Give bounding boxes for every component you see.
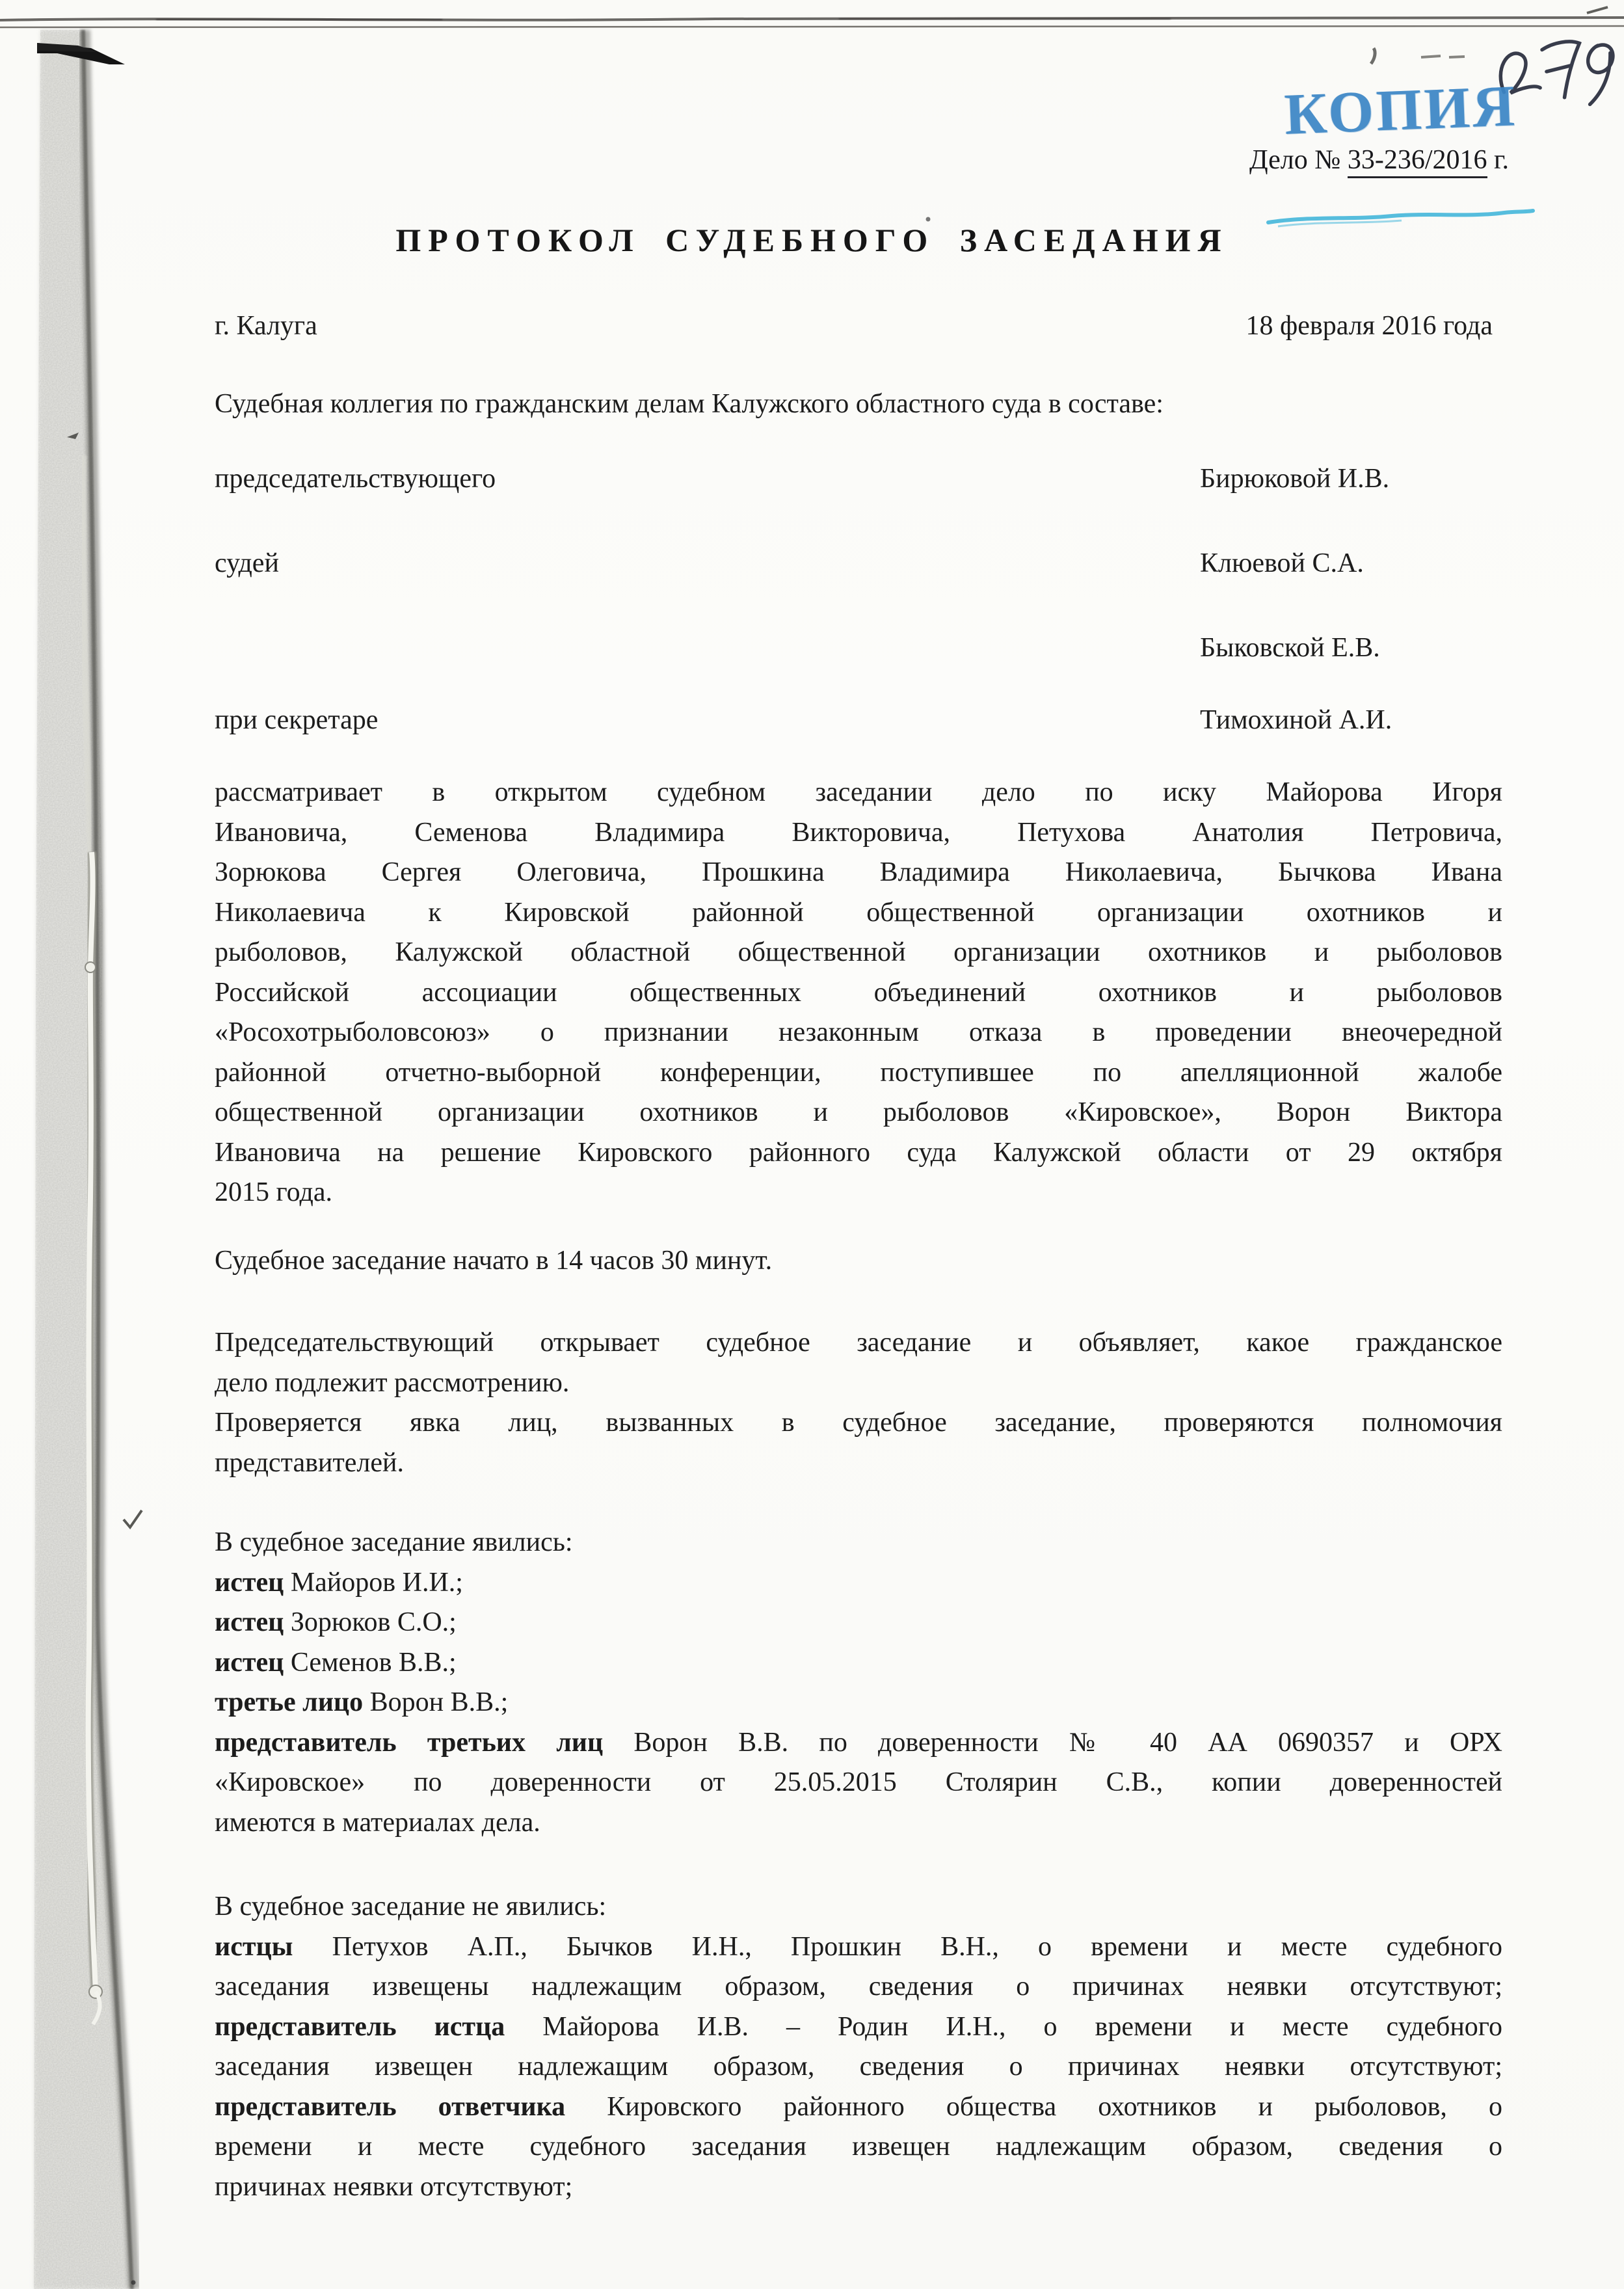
city: г. Калуга: [215, 306, 317, 347]
party-text: Петухов А.П., Бычков И.Н., Прошкин В.Н.,…: [293, 1932, 1502, 1962]
party-role: истец: [215, 1568, 284, 1598]
paragraph-line: Ивановича, Семенова Владимира Викторович…: [215, 813, 1502, 853]
paragraph-line: 2015 года.: [215, 1173, 1502, 1213]
case-number-prefix: Дело №: [1249, 145, 1348, 175]
panel-judge-name: Клюевой С.А.: [1200, 544, 1364, 584]
case-description-paragraph: рассматривает в открытом судебном заседа…: [215, 773, 1502, 1213]
paragraph-line: Ивановича на решение Кировского районног…: [215, 1133, 1502, 1173]
appeared-header: В судебное заседание явились:: [215, 1523, 1502, 1563]
party-role: представитель истца: [215, 2012, 505, 2042]
panel-role: председательствующего: [215, 464, 496, 494]
absent-item: заседания извещены надлежащим образом, с…: [215, 1967, 1502, 2007]
absent-item: истцы Петухов А.П., Бычков И.Н., Прошкин…: [215, 1927, 1502, 1968]
city-date-row: г. Калуга 18 февраля 2016 года: [215, 306, 1493, 347]
absent-item: представитель ответчика Кировского район…: [215, 2087, 1502, 2128]
binding-thread: [83, 455, 102, 2024]
document-title: ПРОТОКОЛ СУДЕБНОГО ЗАСЕДАНИЯ: [0, 221, 1624, 259]
party-role: истцы: [215, 1932, 293, 1962]
panel-judge-name: Быковской Е.В.: [1200, 628, 1380, 669]
session-date: 18 февраля 2016 года: [1246, 306, 1493, 347]
party-text: времени и месте судебного заседания изве…: [215, 2132, 1502, 2162]
paragraph-line: рассматривает в открытом судебном заседа…: [215, 773, 1502, 813]
party-role: третье лицо: [215, 1687, 363, 1717]
paragraph-line: Российской ассоциации общественных объед…: [215, 973, 1502, 1013]
party-role: истец: [215, 1607, 284, 1637]
page-top-edge-lines: [0, 7, 1624, 27]
absent-item: заседания извещен надлежащим образом, св…: [215, 2047, 1502, 2087]
case-number: 33-236/2016: [1348, 145, 1487, 178]
absent-header: В судебное заседание не явились:: [215, 1887, 1502, 1927]
party-text: Майорова И.В. – Родин И.Н., о времени и …: [505, 2012, 1502, 2042]
appeared-item: представитель третьих лиц Ворон В.В. по …: [215, 1723, 1502, 1763]
panel-row: при секретаре Тимохиной А.И.: [215, 701, 1502, 741]
party-text: Ворон В.В.;: [363, 1687, 508, 1717]
absent-item: представитель истца Майорова И.В. – Роди…: [215, 2007, 1502, 2048]
party-text: Майоров И.И.;: [284, 1568, 463, 1598]
party-text: заседания извещены надлежащим образом, с…: [215, 1972, 1502, 2001]
copy-stamp: КОПИЯ: [1283, 72, 1519, 148]
appeared-section: В судебное заседание явились: истец Майо…: [215, 1523, 1502, 1843]
party-text: Ворон В.В. по доверенности № 40 АА 06903…: [603, 1728, 1502, 1758]
opening-line: Проверяется явка лиц, вызванных в судебн…: [215, 1403, 1502, 1443]
paragraph-line: рыболовов, Калужской областной обществен…: [215, 933, 1502, 973]
folded-corner: [37, 43, 125, 64]
case-number-line: Дело № 33-236/2016 г.: [1099, 141, 1509, 181]
paragraph-line: Зорюкова Сергея Олеговича, Прошкина Влад…: [215, 853, 1502, 893]
panel-role: судей: [215, 548, 279, 578]
party-role: представитель третьих лиц: [215, 1728, 603, 1758]
case-number-suffix: г.: [1487, 145, 1510, 175]
party-text: Кировского районного общества охотников …: [565, 2092, 1502, 2122]
absent-item: времени и месте судебного заседания изве…: [215, 2127, 1502, 2167]
paragraph-line: «Росохотрыболовсоюз» о признании незакон…: [215, 1013, 1502, 1053]
session-start-line: Судебное заседание начато в 14 часов 30 …: [215, 1241, 1502, 1281]
paragraph-line: районной отчетно-выборной конференции, п…: [215, 1053, 1502, 1093]
party-text: причинах неявки отсутствуют;: [215, 2172, 572, 2202]
party-role: представитель ответчика: [215, 2092, 565, 2122]
panel-intro: Судебная коллегия по гражданским делам К…: [215, 384, 1502, 425]
opening-statements: Председательствующий открывает судебное …: [215, 1323, 1502, 1483]
appeared-item: истец Зорюков С.О.;: [215, 1603, 1502, 1643]
appeared-item: истец Семенов В.В.;: [215, 1643, 1502, 1683]
appeared-item: «Кировское» по доверенности от 25.05.201…: [215, 1763, 1502, 1803]
opening-line: представителей.: [215, 1443, 1502, 1484]
opening-line: дело подлежит рассмотрению.: [215, 1363, 1502, 1404]
paragraph-line: общественной организации охотников и рыб…: [215, 1093, 1502, 1133]
panel-role: при секретаре: [215, 705, 378, 735]
binding-strip: [34, 30, 134, 2289]
panel-judge-name: Бирюковой И.В.: [1200, 459, 1389, 500]
paragraph-line: Николаевича к Кировской районной обществ…: [215, 893, 1502, 933]
panel-row: судей Клюевой С.А.: [215, 544, 1502, 584]
absent-section: В судебное заседание не явились: истцы П…: [215, 1887, 1502, 2207]
party-text: Семенов В.В.;: [284, 1648, 456, 1678]
panel-judge-name: Тимохиной А.И.: [1200, 701, 1392, 741]
appeared-item: истец Майоров И.И.;: [215, 1563, 1502, 1603]
opening-line: Председательствующий открывает судебное …: [215, 1323, 1502, 1363]
appeared-item: имеются в материалах дела.: [215, 1803, 1502, 1843]
party-role: истец: [215, 1648, 284, 1678]
panel-row: председательствующего Бирюковой И.В.: [215, 459, 1502, 500]
party-text: Зорюков С.О.;: [284, 1607, 457, 1637]
appeared-item: третье лицо Ворон В.В.;: [215, 1683, 1502, 1723]
scanned-page: КОПИЯ Дело № 33-236/2016 г. ПРОТОКОЛ СУД…: [0, 0, 1624, 2289]
absent-item: причинах неявки отсутствуют;: [215, 2167, 1502, 2208]
party-text: имеются в материалах дела.: [215, 1808, 540, 1838]
party-text: «Кировское» по доверенности от 25.05.201…: [215, 1767, 1502, 1797]
party-text: заседания извещен надлежащим образом, св…: [215, 2052, 1502, 2082]
